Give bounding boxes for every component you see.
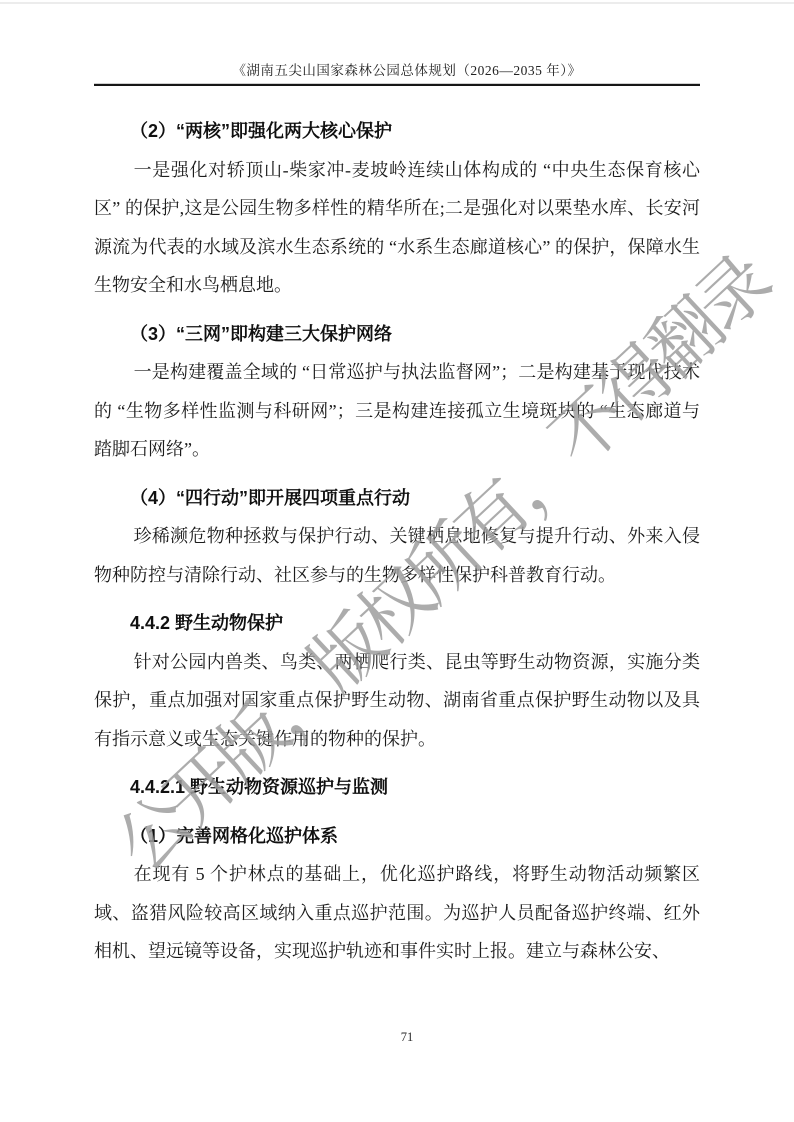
paragraph-two-cores: 一是强化对轿顶山-柴家冲-麦坡岭连续山体构成的 “中央生态保育核心区” 的保护,… [94,151,700,305]
section-heading-three-networks: （3）“三网”即构建三大保护网络 [94,315,700,354]
section-heading-4-4-2-1: 4.4.2.1 野生动物资源巡护与监测 [94,768,700,807]
page-number: 71 [10,1030,794,1045]
section-heading-4-4-2: 4.4.2 野生动物保护 [94,604,700,643]
paragraph-four-actions: 珍稀濒危物种拯救与保护行动、关键栖息地修复与提升行动、外来入侵物种防控与清除行动… [94,517,700,594]
section-heading-patrol-system: （1）完善网格化巡护体系 [94,817,700,856]
scan-edge [0,2,794,4]
document-page: 《湖南五尖山国家森林公园总体规划（2026—2035 年）》 （2）“两核”即强… [0,0,794,1122]
section-heading-four-actions: （4）“四行动”即开展四项重点行动 [94,479,700,518]
paragraph-three-networks: 一是构建覆盖全域的 “日常巡护与执法监督网”；二是构建基于现代技术的 “生物多样… [94,353,700,469]
paragraph-wildlife-protection: 针对公园内兽类、鸟类、两栖爬行类、昆虫等野生动物资源，实施分类保护，重点加强对国… [94,643,700,759]
header-rule [94,84,700,86]
document-body: （2）“两核”即强化两大核心保护 一是强化对轿顶山-柴家冲-麦坡岭连续山体构成的… [94,112,700,971]
document-header-title: 《湖南五尖山国家森林公园总体规划（2026—2035 年）》 [10,59,794,79]
section-heading-two-cores: （2）“两核”即强化两大核心保护 [94,112,700,151]
paragraph-patrol-system: 在现有 5 个护林点的基础上，优化巡护路线，将野生动物活动频繁区域、盗猎风险较高… [94,855,700,971]
